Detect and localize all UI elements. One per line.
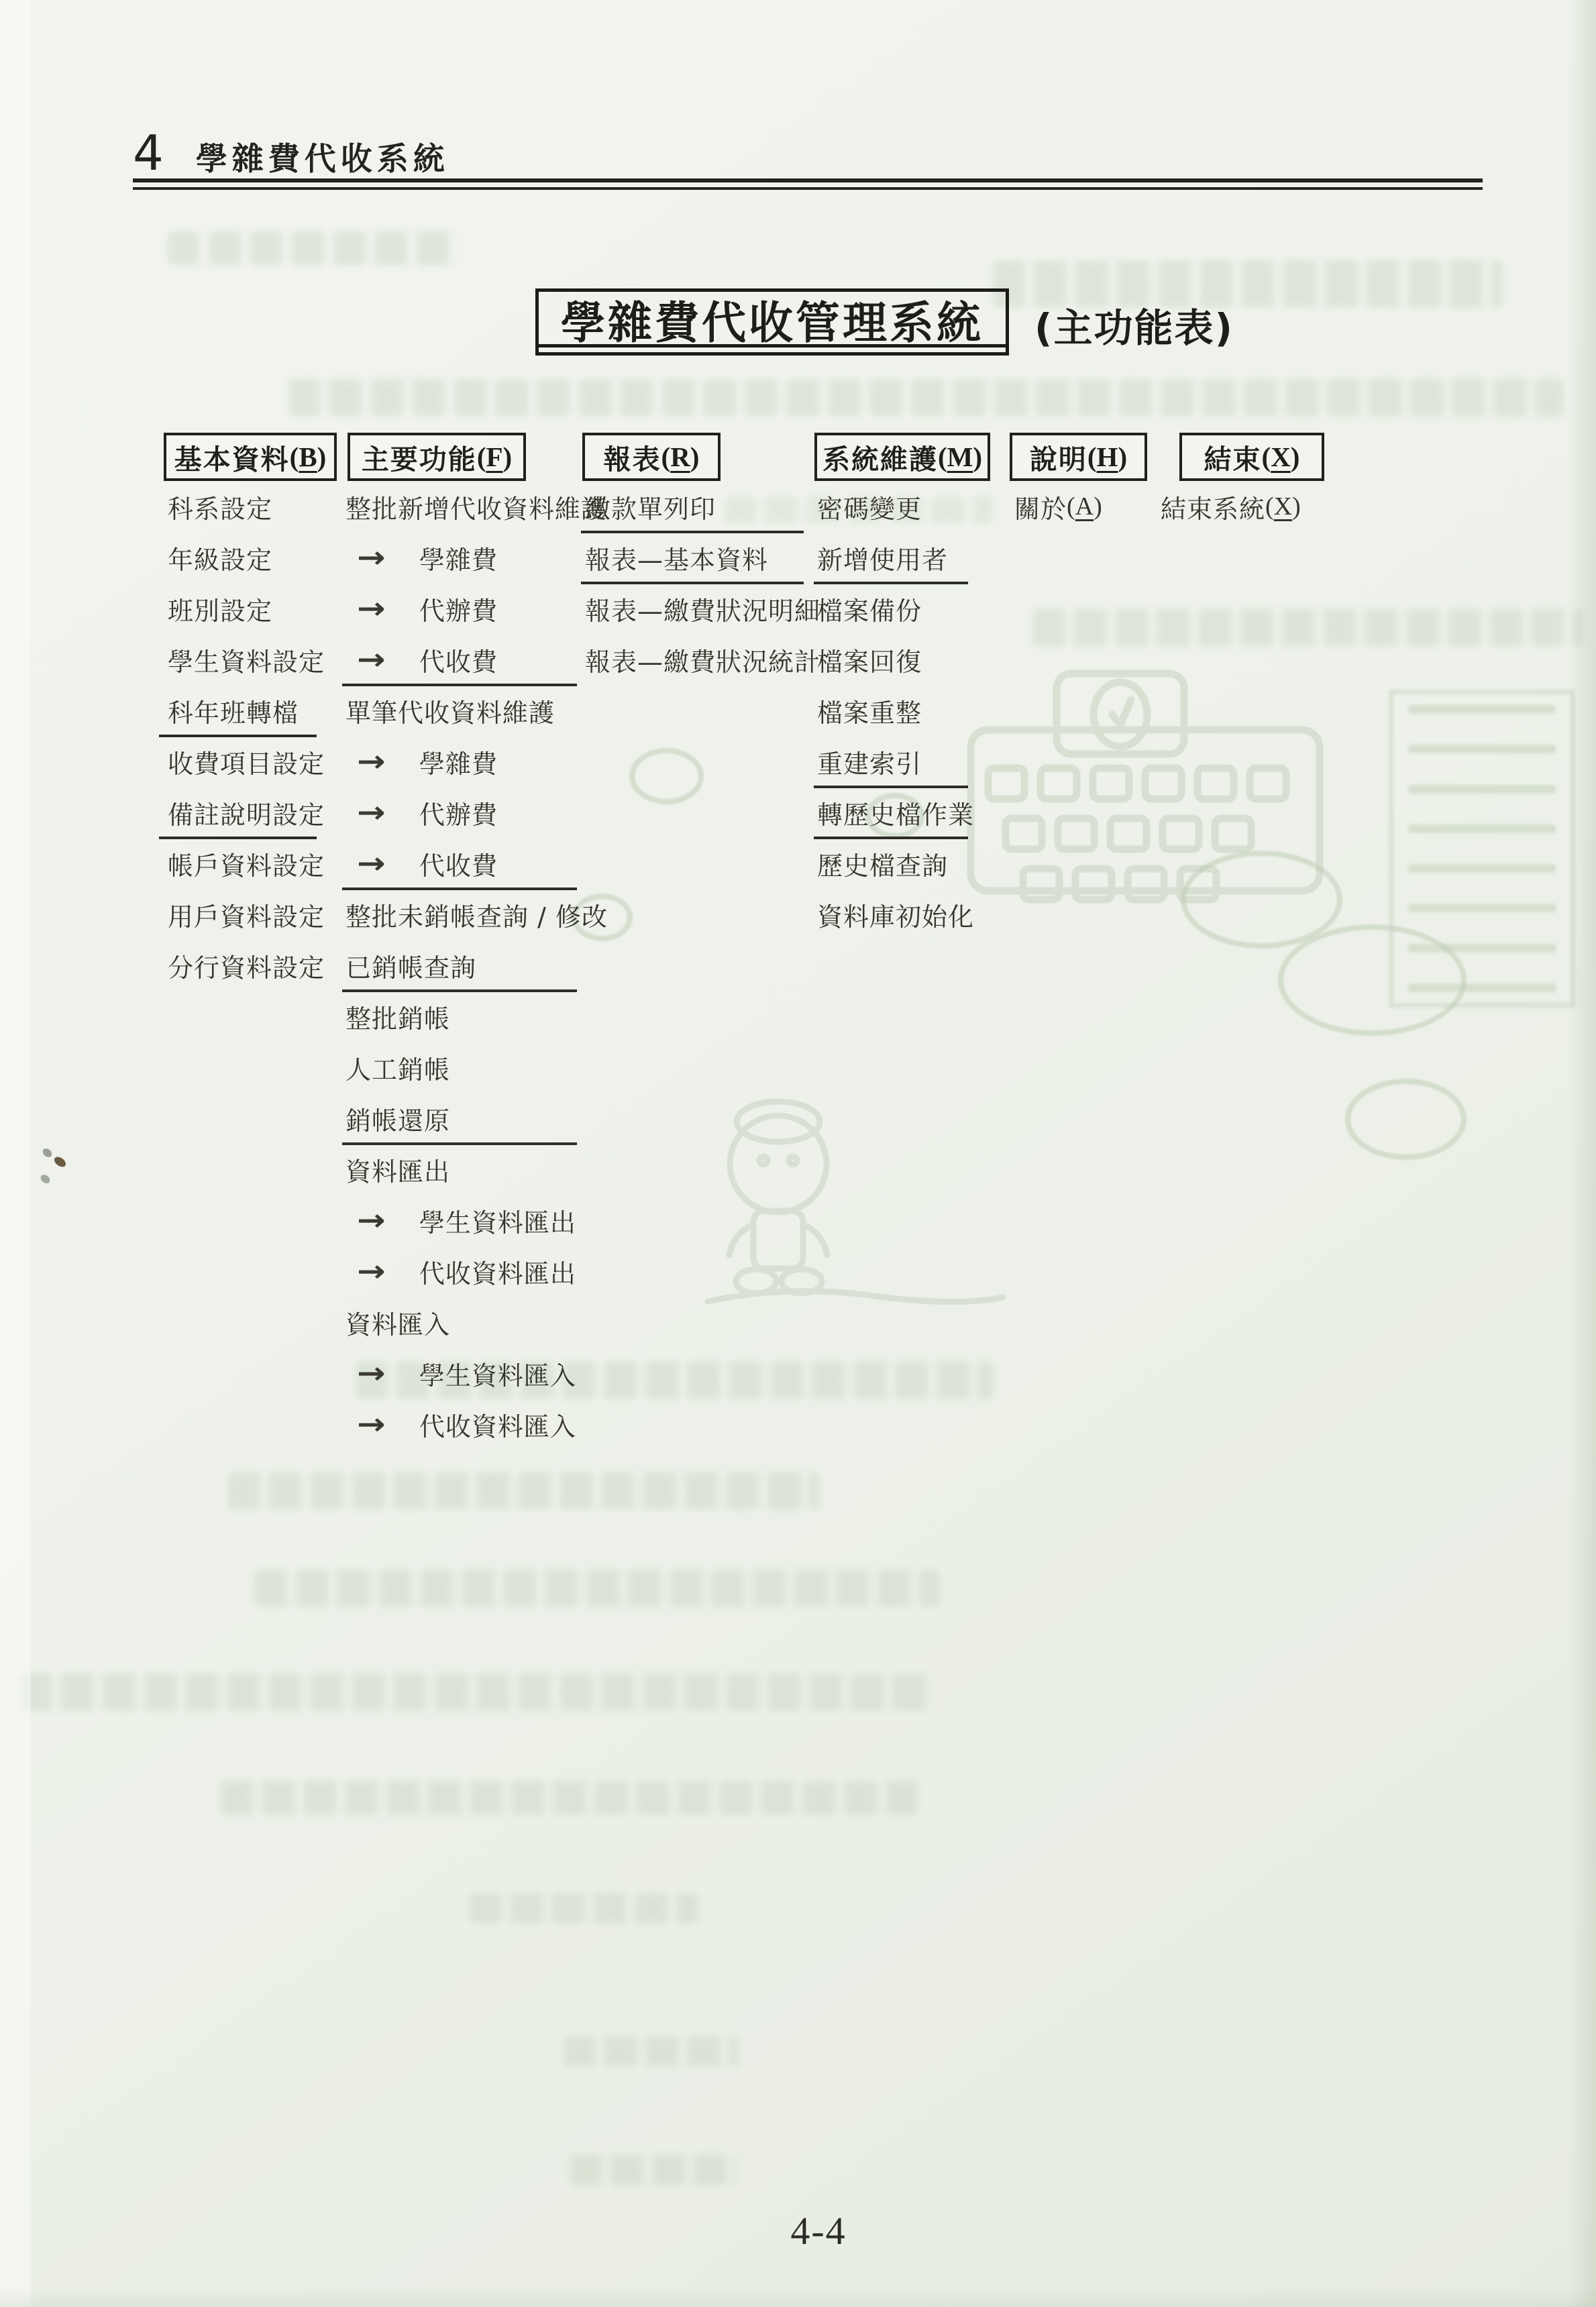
menu-item-label: 報表—繳費狀況統計 [585,641,820,678]
hotkey-label: (A) [1067,492,1102,521]
menu-column-main-functions: 主要功能(F)整批新增代收資料維護→學雜費→代辦費→代收費單筆代收資料維護→學雜… [345,433,608,1450]
menu-item: 班別設定 [168,583,337,634]
bleedthrough-text [564,2036,738,2066]
menu-subitem: →代收費 [345,838,608,889]
menu-item: 分行資料設定 [168,940,337,991]
menu-item: 帳戶資料設定 [168,838,337,889]
menu-items-basic: 科系設定年級設定班別設定學生資料設定科年班轉檔收費項目設定備註說明設定帳戶資料設… [168,481,337,991]
menu-column-reports: 報表(R)繳款單列印報表—基本資料報表—繳費狀況明細報表—繳費狀況統計 [582,433,820,685]
menu-subitem: →學生資料匯入 [345,1348,608,1399]
menu-item-label: 單筆代收資料維護 [345,692,555,729]
menu-item-label: 整批新增代收資料維護 [345,488,607,525]
menu-subitem: →代收資料匯入 [345,1399,608,1450]
arrow-icon: → [357,592,386,626]
menu-item-label: 分行資料設定 [168,947,325,984]
arrow-icon: → [357,796,386,830]
arrow-icon: → [357,1407,386,1442]
menu-item-label: 學生資料匯出 [419,1202,576,1239]
menu-item-label: 繳款單列印 [585,488,716,525]
menu-item: 新增使用者 [817,532,990,583]
menu-item-label: 班別設定 [168,590,272,627]
menu-item-label: 新增使用者 [817,539,948,576]
menu-item-label: 檔案重整 [817,692,922,729]
chapter-header: 4 學雜費代收系統 [133,125,449,181]
menu-header-help: 說明(H) [1010,433,1147,481]
menu-subitem: →代收資料匯出 [345,1246,608,1297]
hotkey-label: (B) [290,441,327,473]
menu-item: 報表—基本資料 [585,532,820,583]
menu-header-label: 報表 [604,437,661,477]
menu-item-label: 年級設定 [168,539,272,576]
hotkey-label: (R) [661,441,700,473]
menu-item: 銷帳還原 [345,1093,608,1144]
menu-item-label: 代收費 [419,845,498,882]
menu-item-label: 代辦費 [419,590,498,627]
menu-item: 繳款單列印 [585,481,820,532]
page-number: 4-4 [758,2208,879,2253]
hotkey-label: (X) [1262,441,1300,473]
menu-item-label: 關於 [1014,488,1067,525]
menu-item: 學生資料設定 [168,634,337,685]
menu-item-label: 整批銷帳 [345,998,450,1035]
bleedthrough-illustration-kid [694,1080,1016,1328]
bleedthrough-text [470,1893,698,1923]
scan-edge-bottom [0,2287,1596,2307]
arrow-icon: → [357,541,386,575]
menu-item-label: 密碼變更 [817,488,922,525]
chapter-number: 4 [133,125,164,181]
menu-item-label: 人工銷帳 [345,1049,450,1086]
menu-item: 收費項目設定 [168,736,337,787]
menu-subitem: →代辦費 [345,787,608,838]
arrow-icon: → [357,1203,386,1238]
menu-column-exit: 結束(X)結束系統(X) [1161,433,1324,532]
bleedthrough-text [1033,609,1583,646]
menu-items-reports: 繳款單列印報表—基本資料報表—繳費狀況明細報表—繳費狀況統計 [585,481,820,685]
menu-item-label: 檔案回復 [817,641,922,678]
menu-item: 整批銷帳 [345,991,608,1042]
menu-item: 檔案重整 [817,685,990,736]
header-divider-top [133,178,1483,182]
menu-item: 科系設定 [168,481,337,532]
menu-subitem: →代辦費 [345,583,608,634]
menu-item-label: 代辦費 [419,794,498,831]
ink-speck [52,1155,67,1169]
menu-item-label: 資料庫初始化 [817,896,974,933]
bleedthrough-text [228,1472,818,1509]
menu-item-label: 備註說明設定 [168,794,325,831]
bleedthrough-cloud [1345,1079,1467,1160]
menu-column-system-maintenance: 系統維護(M)密碼變更新增使用者檔案備份檔案回復檔案重整重建索引轉歷史檔作業歷史… [814,433,990,940]
menu-header-system-maintenance: 系統維護(M) [814,433,990,481]
menu-subitem: →學雜費 [345,736,608,787]
menu-item: 人工銷帳 [345,1042,608,1093]
arrow-icon: → [357,643,386,677]
menu-item: 整批新增代收資料維護 [345,481,608,532]
scanned-manual-page: 4 學雜費代收系統 學雜費代收管理系統 (主功能表) 基本資料(B)科系設定年級… [0,0,1596,2307]
menu-header-basic: 基本資料(B) [164,433,337,481]
menu-item-label: 學生資料匯入 [419,1355,576,1392]
menu-item-label: 科年班轉檔 [168,692,299,729]
bleedthrough-cloud [629,748,704,804]
bleedthrough-cloud [1278,924,1467,1036]
menu-item: 歷史檔查詢 [817,838,990,889]
menu-item: 科年班轉檔 [168,685,337,736]
menu-item: 重建索引 [817,736,990,787]
menu-header-label: 系統維護 [822,437,938,477]
hotkey-label: (M) [938,441,982,473]
menu-item: 轉歷史檔作業 [817,787,990,838]
menu-item-label: 學雜費 [419,539,498,576]
menu-item: 備註說明設定 [168,787,337,838]
ink-speck [39,1173,52,1185]
hotkey-label: (X) [1265,492,1301,521]
scan-edge-right [1568,0,1596,2307]
arrow-icon: → [357,745,386,779]
menu-items-main-functions: 整批新增代收資料維護→學雜費→代辦費→代收費單筆代收資料維護→學雜費→代辦費→代… [345,481,608,1450]
menu-item-label: 轉歷史檔作業 [817,794,974,831]
ink-speck [41,1146,54,1159]
menu-item-label: 學雜費 [419,743,498,780]
menu-item-label: 代收資料匯入 [419,1406,576,1443]
menu-subitem: →代收費 [345,634,608,685]
menu-header-main-functions: 主要功能(F) [348,433,526,481]
menu-header-exit: 結束(X) [1179,433,1324,481]
hotkey-label: (F) [477,441,512,473]
menu-header-label: 結束 [1204,437,1262,477]
bleedthrough-text [255,1570,939,1607]
menu-item-label: 報表—繳費狀況明細 [585,590,820,627]
bleedthrough-text [570,2155,738,2185]
menu-item-label: 代收資料匯出 [419,1253,576,1290]
menu-header-reports: 報表(R) [582,433,721,481]
arrow-icon: → [357,1356,386,1391]
menu-items-help: 關於(A) [1014,481,1147,532]
menu-item: 報表—繳費狀況明細 [585,583,820,634]
bleedthrough-text [221,1781,919,1815]
menu-item: 關於(A) [1014,481,1147,532]
menu-item: 檔案回復 [817,634,990,685]
bleedthrough-text [288,379,1563,416]
menu-item: 密碼變更 [817,481,990,532]
menu-item: 已銷帳查詢 [345,940,608,991]
diagram-title: 學雜費代收管理系統 [561,287,983,358]
scan-edge-left [0,0,31,2307]
menu-items-system-maintenance: 密碼變更新增使用者檔案備份檔案回復檔案重整重建索引轉歷史檔作業歷史檔查詢資料庫初… [817,481,990,940]
menu-header-label: 基本資料 [174,437,290,477]
menu-item-label: 歷史檔查詢 [817,845,948,882]
menu-item-label: 帳戶資料設定 [168,845,325,882]
menu-item-label: 報表—基本資料 [585,539,768,576]
bleedthrough-text [20,1674,933,1711]
menu-item-label: 代收費 [419,641,498,678]
menu-item-label: 收費項目設定 [168,743,325,780]
menu-item-label: 資料匯入 [345,1304,450,1341]
menu-item-label: 資料匯出 [345,1151,450,1188]
diagram-title-box: 學雜費代收管理系統 [535,288,1009,356]
menu-item: 報表—繳費狀況統計 [585,634,820,685]
menu-column-help: 說明(H)關於(A) [1010,433,1147,532]
header-divider-bottom [133,187,1483,190]
diagram-subtitle: (主功能表) [1034,297,1234,353]
menu-item-label: 結束系統 [1161,488,1265,525]
menu-item: 檔案備份 [817,583,990,634]
menu-header-label: 說明 [1030,437,1087,477]
menu-item: 用戶資料設定 [168,889,337,940]
menu-item-label: 銷帳還原 [345,1100,450,1137]
menu-items-exit: 結束系統(X) [1161,481,1324,532]
menu-item-label: 檔案備份 [817,590,922,627]
arrow-icon: → [357,1254,386,1289]
menu-item: 資料匯入 [345,1297,608,1348]
chapter-title: 學雜費代收系統 [196,134,449,179]
menu-item-label: 整批未銷帳查詢 / 修改 [345,896,608,933]
menu-item-label: 已銷帳查詢 [345,947,476,984]
menu-item: 整批未銷帳查詢 / 修改 [345,889,608,940]
menu-item-label: 重建索引 [817,743,922,780]
menu-subitem: →學生資料匯出 [345,1195,608,1246]
bleedthrough-text [168,231,456,265]
menu-column-basic: 基本資料(B)科系設定年級設定班別設定學生資料設定科年班轉檔收費項目設定備註說明… [164,433,337,991]
arrow-icon: → [357,847,386,881]
menu-subitem: →學雜費 [345,532,608,583]
menu-item-label: 用戶資料設定 [168,896,325,933]
menu-item: 年級設定 [168,532,337,583]
menu-item: 資料庫初始化 [817,889,990,940]
menu-item: 結束系統(X) [1161,481,1324,532]
menu-item-label: 科系設定 [168,488,272,525]
menu-header-label: 主要功能 [362,437,477,477]
menu-item-label: 學生資料設定 [168,641,325,678]
hotkey-label: (H) [1087,441,1127,473]
menu-item: 資料匯出 [345,1144,608,1195]
menu-item: 單筆代收資料維護 [345,685,608,736]
